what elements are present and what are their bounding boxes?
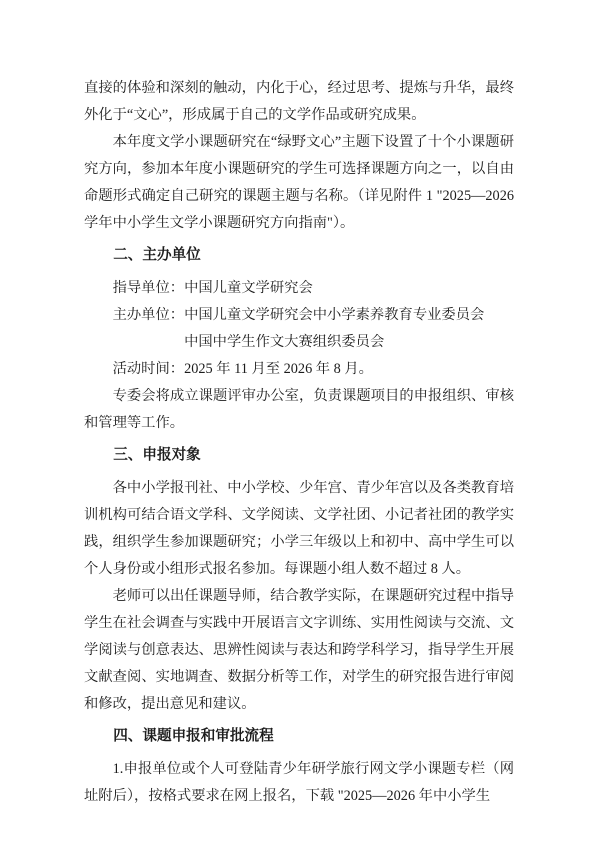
para-intro-continued: 直接的体验和深刻的触动，内化于心，经过思考、提炼与升华，最终外化于“文心”，形成… bbox=[84, 75, 514, 129]
heading-application-flow: 四、课题申报和审批流程 bbox=[84, 723, 514, 750]
document-page: 直接的体验和深刻的触动，内化于心，经过思考、提炼与升华，最终外化于“文心”，形成… bbox=[0, 0, 595, 841]
line-host-unit: 主办单位：中国儿童文学研究会中小学素养教育专业委员会 bbox=[84, 302, 514, 329]
line-activity-time: 活动时间：2025 年 11 月至 2026 年 8 月。 bbox=[84, 356, 514, 383]
heading-organizers: 二、主办单位 bbox=[84, 242, 514, 269]
para-review-office: 专委会将成立课题评审办公室，负责课题项目的申报组织、审核和管理等工作。 bbox=[84, 383, 514, 437]
para-annual-theme: 本年度文学小课题研究在“绿野文心”主题下设置了十个小课题研究方向，参加本年度小课… bbox=[84, 129, 514, 237]
para-applicant-scope: 各中小学报刊社、中小学校、少年宫、青少年宫以及各类教育培训机构可结合语文学科、文… bbox=[84, 475, 514, 583]
heading-applicants: 三、申报对象 bbox=[84, 442, 514, 469]
para-application-step1: 1.申报单位或个人可登陆青少年研学旅行网文学小课题专栏（网址附后），按格式要求在… bbox=[84, 756, 514, 810]
line-guidance-unit: 指导单位：中国儿童文学研究会 bbox=[84, 275, 514, 302]
para-teacher-mentor: 老师可以出任课题导师，结合教学实际，在课题研究过程中指导学生在社会调查与实践中开… bbox=[84, 583, 514, 718]
line-host-unit-second: 中国中学生作文大赛组织委员会 bbox=[84, 329, 514, 356]
